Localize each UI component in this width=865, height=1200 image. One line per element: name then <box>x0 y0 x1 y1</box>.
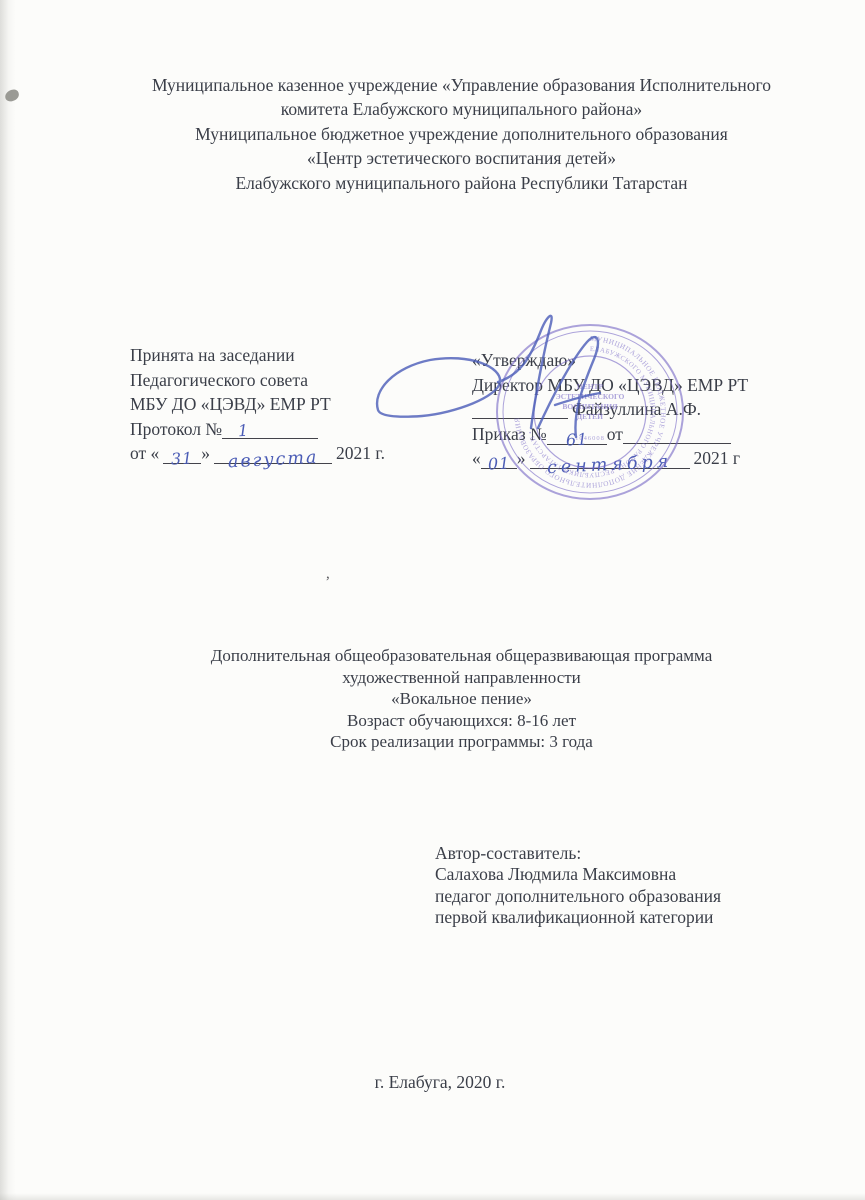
approval-year: 2021 г <box>694 448 741 468</box>
acceptance-year: 2021 г. <box>336 443 385 463</box>
stray-comma-mark: , <box>326 566 330 583</box>
order-of-label: от <box>607 424 623 444</box>
handwritten-approval-month: сентября <box>546 450 672 481</box>
acceptance-day-blank: 31 <box>163 445 201 464</box>
student-age-line: Возраст обучающихся: 8-16 лет <box>58 710 865 732</box>
order-line: Приказ №61от <box>472 422 748 447</box>
handwritten-acceptance-day: 31 <box>170 447 194 473</box>
program-name: «Вокальное пение» <box>58 688 865 710</box>
director-name: Файзуллина А.Ф. <box>572 399 701 419</box>
author-name: Салахова Людмила Максимовна <box>435 864 721 885</box>
approval-date-line: «01»сентября2021 г <box>472 446 748 471</box>
header-line-1: Муниципальное казенное учреждение «Управ… <box>58 73 865 97</box>
footer-text: г. Елабуга, 2020 г. <box>375 1072 506 1092</box>
author-block: Автор-составитель: Салахова Людмила Макс… <box>435 843 721 929</box>
handwritten-acceptance-month: августа <box>227 446 319 475</box>
approval-month-blank: сентября <box>530 450 690 469</box>
signature-blank <box>472 400 568 419</box>
acceptance-month-blank: августа <box>214 445 332 464</box>
header-line-2: комитета Елабужского муниципального райо… <box>58 97 865 121</box>
approval-day-blank: 01 <box>481 450 517 469</box>
program-duration-line: Срок реализации программы: 3 года <box>58 731 865 753</box>
acceptance-block: Принята на заседании Педагогического сов… <box>130 343 385 466</box>
author-category: первой квалификационной категории <box>435 907 721 928</box>
approval-date-open-quote: « <box>472 448 481 468</box>
header-line-5: Елабужского муниципального района Респуб… <box>58 171 865 195</box>
acceptance-date-line: от «31»августа2021 г. <box>130 441 385 466</box>
order-label: Приказ № <box>472 424 547 444</box>
approval-block: «Утверждаю» Директор МБУ ДО «ЦЭВД» ЕМР Р… <box>472 348 748 471</box>
author-label: Автор-составитель: <box>435 843 721 864</box>
protocol-number-blank: 1 <box>222 420 318 439</box>
order-date-blank <box>623 425 731 444</box>
protocol-line: Протокол №1 <box>130 417 385 442</box>
header-line-4: «Центр эстетического воспитания детей» <box>58 146 865 170</box>
acceptance-line-2: Педагогического совета <box>130 368 385 393</box>
acceptance-date-close-quote: » <box>201 443 210 463</box>
approval-title: «Утверждаю» <box>472 348 748 373</box>
handwritten-protocol-number: 1 <box>237 419 249 444</box>
acceptance-line-3: МБУ ДО «ЦЭВД» ЕМР РТ <box>130 392 385 417</box>
program-direction-line: художественной направленности <box>58 667 865 689</box>
scan-bottom-edge-shadow <box>0 1193 865 1200</box>
approval-date-close-quote: » <box>517 448 526 468</box>
approval-director-line: Директор МБУ ДО «ЦЭВД» ЕМР РТ <box>472 373 748 398</box>
order-number-blank: 61 <box>547 426 607 445</box>
author-position: педагог дополнительного образования <box>435 886 721 907</box>
institution-header: Муниципальное казенное учреждение «Управ… <box>0 73 865 195</box>
program-type-line: Дополнительная общеобразовательная общер… <box>58 645 865 667</box>
header-line-3: Муниципальное бюджетное учреждение допол… <box>58 122 865 146</box>
approval-signature-line: Файзуллина А.Ф. <box>472 397 748 422</box>
handwritten-order-number: 61 <box>565 427 589 453</box>
acceptance-date-prefix: от « <box>130 443 159 463</box>
protocol-label: Протокол № <box>130 419 222 439</box>
handwritten-approval-day: 01 <box>487 452 511 478</box>
scanned-title-page: , Муниципальное казенное учреждение «Упр… <box>0 0 865 1200</box>
acceptance-line-1: Принята на заседании <box>130 343 385 368</box>
program-title-block: Дополнительная общеобразовательная общер… <box>0 645 865 753</box>
footer-city-year: г. Елабуга, 2020 г. <box>0 1072 865 1093</box>
